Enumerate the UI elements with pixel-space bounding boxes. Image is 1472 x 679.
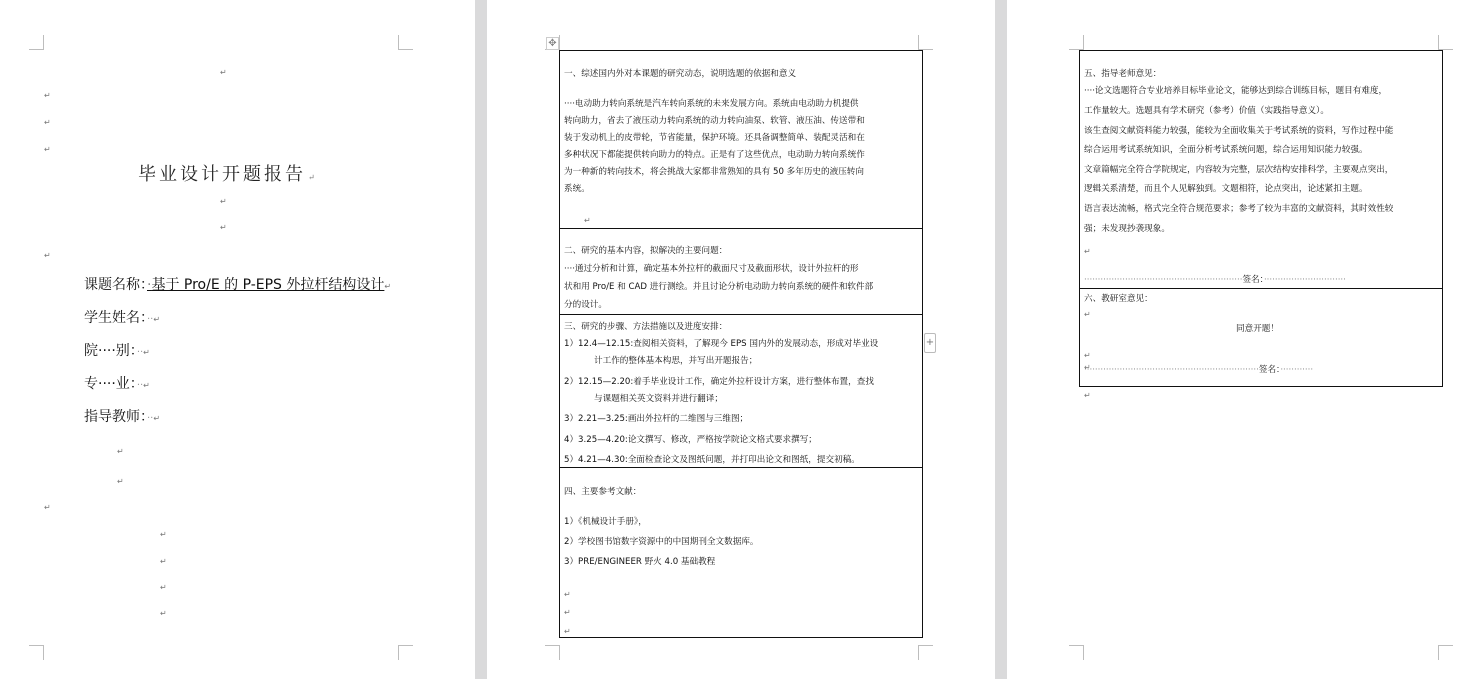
- paragraph-mark-icon: ↵: [1084, 392, 1091, 400]
- paragraph-mark-icon: ↵: [564, 628, 571, 636]
- paragraph-mark-icon: ↵: [44, 504, 51, 512]
- margin-corner-top-left: [1069, 35, 1084, 50]
- section-research-background[interactable]: 一、综述国内外对本课题的研究动态，说明选题的依据和意义 ····电动助力转向系统…: [560, 51, 922, 228]
- page-gutter: [995, 0, 1007, 679]
- paragraph-mark-icon: ↵: [153, 414, 160, 423]
- paragraph-mark-icon: ↵: [160, 531, 167, 539]
- field-topic-label: 课题名称：: [84, 277, 147, 293]
- paragraph-mark-icon: ↵: [44, 146, 51, 154]
- add-row-button[interactable]: +: [924, 333, 936, 353]
- reference-item-2: 2）学校图书馆数字资源中的中国期刊全文数据库。: [564, 534, 759, 551]
- section-references[interactable]: 四、主要参考文献： 1）《机械设计手册》， 2）学校图书馆数字资源中的中国期刊全…: [560, 467, 922, 639]
- paragraph-mark-icon: ↵: [220, 69, 227, 77]
- schedule-item-1: 1）12.4—12.15:查阅相关资料，了解现今 EPS 国内外的发展动态，形成…: [564, 336, 878, 353]
- margin-corner-top-right: [398, 35, 413, 50]
- paragraph-mark-icon: ↵: [308, 173, 318, 182]
- paragraph-mark-icon: ↵: [117, 478, 124, 486]
- schedule-item-4: 4）3.25—4.20:论文撰写、修改，严格按学院论文格式要求撰写；: [564, 432, 817, 449]
- approval-text: 同意开题！: [1236, 321, 1279, 338]
- section-2-heading: 二、研究的基本内容，拟解决的主要问题：: [564, 243, 727, 260]
- paragraph-mark-icon: ↵: [564, 609, 571, 617]
- section-5-heading: 五、指导老师意见：: [1084, 66, 1161, 83]
- proposal-table-part2: 五、指导老师意见： ····论文选题符合专业培养目标毕业论文，能够达到综合训练目…: [1079, 50, 1443, 387]
- reference-item-1: 1）《机械设计手册》，: [564, 514, 647, 531]
- schedule-item-3: 3）2.21—3.25:画出外拉杆的二维图与三维图；: [564, 411, 748, 428]
- field-topic-value[interactable]: ·基于 Pro/E 的 P-EPS 外拉杆结构设计: [147, 277, 384, 293]
- paragraph-mark-icon: ↵: [564, 591, 571, 599]
- paragraph-mark-icon: ↵: [584, 217, 591, 225]
- paragraph-mark-icon: ↵: [1084, 311, 1091, 319]
- paragraph-mark-icon: ↵: [44, 119, 51, 127]
- section-research-content[interactable]: 二、研究的基本内容，拟解决的主要问题： ····通过分析和计算，确定基本外拉杆的…: [560, 228, 922, 314]
- margin-corner-bottom-left: [545, 645, 560, 660]
- paragraph-mark-icon: ↵: [160, 584, 167, 592]
- margin-corner-top-right: [1438, 35, 1453, 50]
- field-department[interactable]: 院····别：··↵: [84, 340, 150, 360]
- paragraph-mark-icon: ↵: [153, 315, 160, 324]
- margin-corner-top-left: [29, 35, 44, 50]
- paragraph-mark-icon: ↵: [1084, 352, 1091, 360]
- margin-corner-bottom-right: [918, 645, 933, 660]
- paragraph-mark-icon: ↵: [44, 252, 51, 260]
- department-signature-line[interactable]: ········································…: [1084, 362, 1313, 379]
- proposal-table-part1: 一、综述国内外对本课题的研究动态，说明选题的依据和意义 ····电动助力转向系统…: [559, 50, 923, 638]
- field-student-name[interactable]: 学生姓名：··↵: [84, 307, 160, 327]
- paragraph-mark-icon: ↵: [44, 92, 51, 100]
- paragraph-mark-icon: ↵: [143, 348, 150, 357]
- paragraph-mark-icon: ↵: [220, 198, 227, 206]
- field-topic[interactable]: 课题名称：·基于 Pro/E 的 P-EPS 外拉杆结构设计↵: [84, 274, 391, 294]
- paragraph-mark-icon: ↵: [117, 448, 124, 456]
- section-1-heading: 一、综述国内外对本课题的研究动态，说明选题的依据和意义: [564, 66, 796, 83]
- margin-corner-bottom-right: [1438, 645, 1453, 660]
- document-title[interactable]: 毕业设计开题报告↵: [138, 160, 316, 186]
- page-2: 一、综述国内外对本课题的研究动态，说明选题的依据和意义 ····电动助力转向系统…: [487, 0, 995, 679]
- schedule-item-2: 2）12.15—2.20:着手毕业设计工作，确定外拉杆设计方案，进行整体布置，查…: [564, 374, 874, 391]
- section-6-heading: 六、教研室意见：: [1084, 291, 1153, 308]
- paragraph-mark-icon: ↵: [143, 381, 150, 390]
- page-3: 五、指导老师意见： ····论文选题符合专业培养目标毕业论文，能够达到综合训练目…: [1007, 0, 1472, 679]
- advisor-signature-line[interactable]: ········································…: [1084, 272, 1346, 289]
- paragraph-mark-icon: ↵: [1084, 248, 1091, 256]
- paragraph-mark-icon: ↵: [160, 558, 167, 566]
- field-advisor[interactable]: 指导教师：··↵: [84, 406, 160, 426]
- section-schedule[interactable]: 三、研究的步骤、方法措施以及进度安排： 1）12.4—12.15:查阅相关资料，…: [560, 314, 922, 467]
- margin-corner-bottom-right: [398, 645, 413, 660]
- margin-corner-bottom-left: [29, 645, 44, 660]
- field-major[interactable]: 专····业：··↵: [84, 373, 150, 393]
- paragraph-mark-icon: ↵: [160, 610, 167, 618]
- margin-corner-bottom-left: [1069, 645, 1084, 660]
- section-4-heading: 四、主要参考文献：: [564, 484, 641, 501]
- page-gutter: [475, 0, 487, 679]
- section-advisor-opinion[interactable]: 五、指导老师意见： ····论文选题符合专业培养目标毕业论文，能够达到综合训练目…: [1080, 51, 1442, 288]
- paragraph-mark-icon: ↵: [220, 224, 227, 232]
- table-move-handle-icon[interactable]: ✥: [546, 37, 559, 50]
- reference-item-3: 3）PRE/ENGINEER 野火 4.0 基础教程: [564, 554, 715, 571]
- section-3-heading: 三、研究的步骤、方法措施以及进度安排：: [564, 319, 727, 336]
- section-department-opinion[interactable]: 六、教研室意见： ↵ 同意开题！ ↵ ↵ ···················…: [1080, 288, 1442, 388]
- margin-corner-top-right: [918, 35, 933, 50]
- page-1: ↵ ↵ ↵ ↵ 毕业设计开题报告↵ ↵ ↵ ↵ 课题名称：·基于 Pro/E 的…: [0, 0, 475, 679]
- paragraph-mark-icon: ↵: [384, 282, 391, 291]
